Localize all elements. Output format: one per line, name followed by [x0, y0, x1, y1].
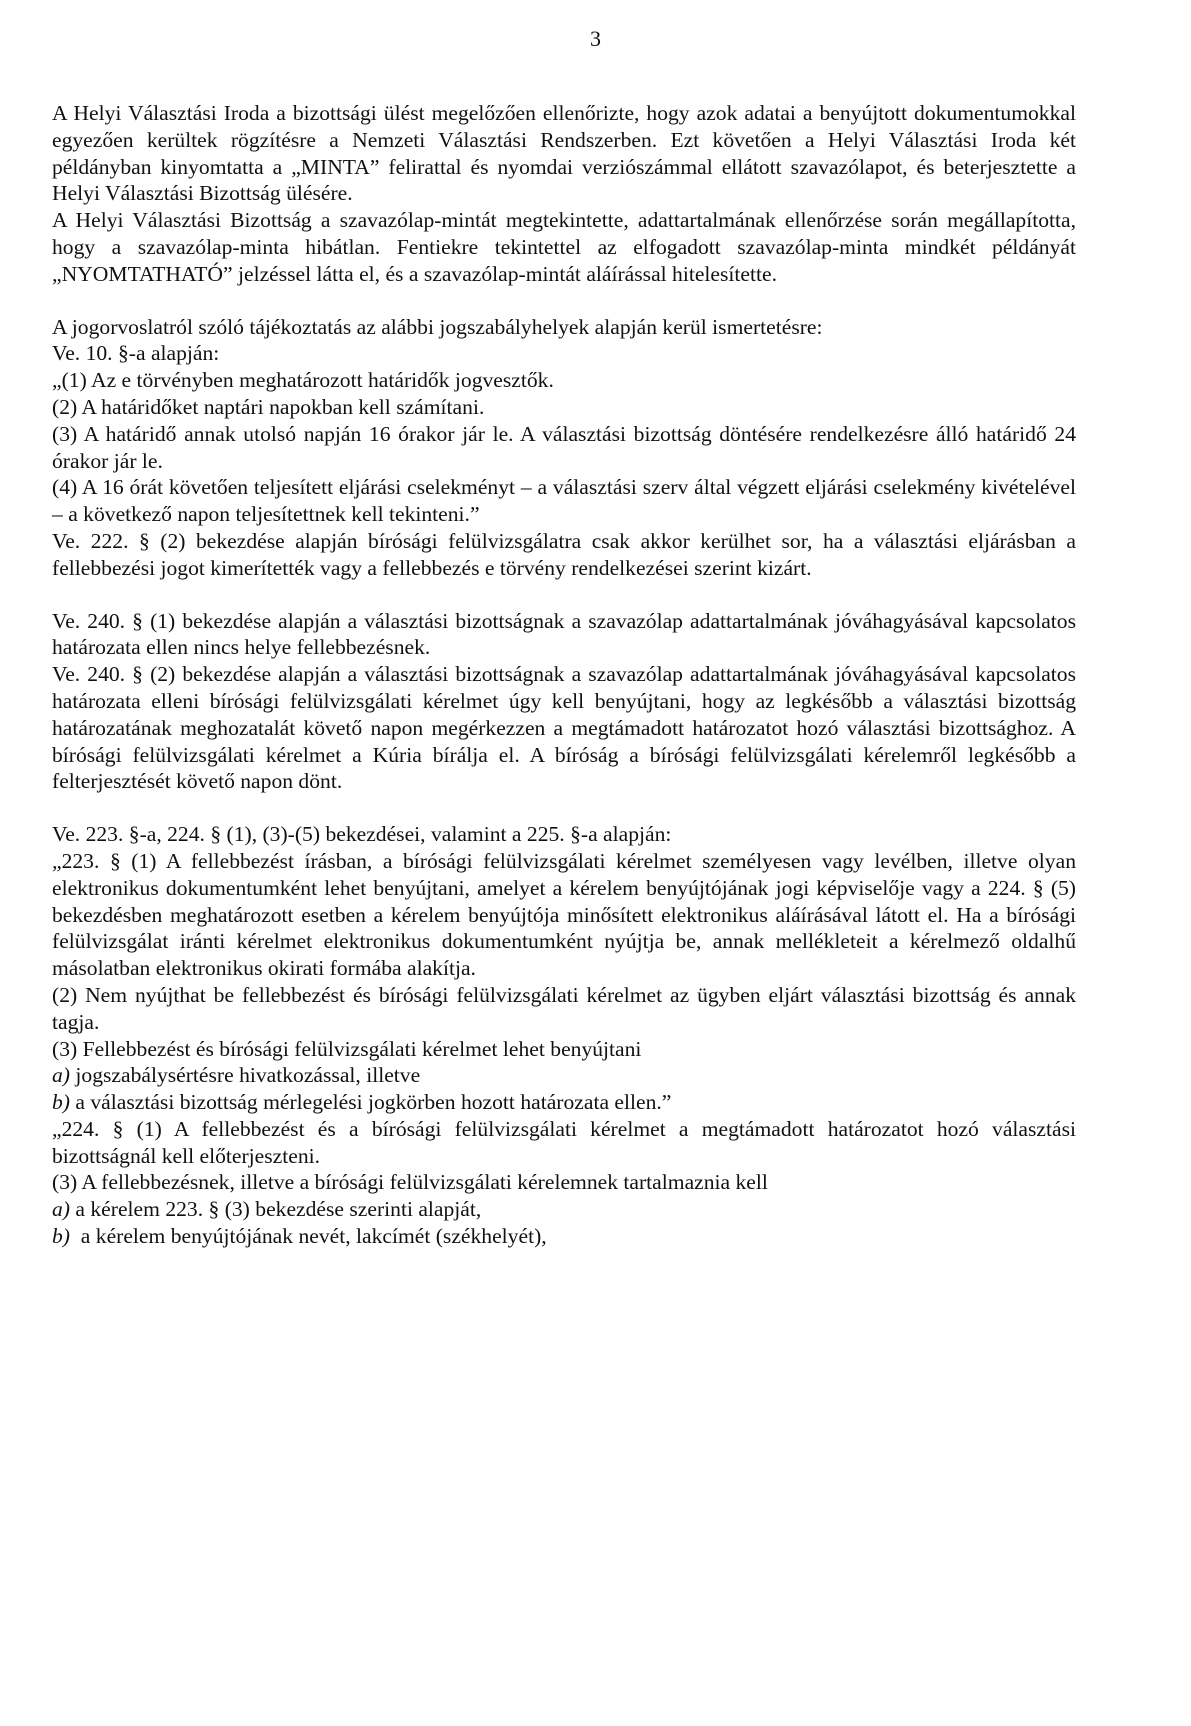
- item-label: a): [52, 1197, 70, 1221]
- item-label: b): [52, 1090, 70, 1114]
- clause-224-3: (3) A fellebbezésnek, illetve a bírósági…: [52, 1169, 1076, 1196]
- clause-223-3-a: a) jogszabálysértésre hivatkozással, ill…: [52, 1062, 1076, 1089]
- item-label: a): [52, 1063, 70, 1087]
- item-text: a választási bizottság mérlegelési jogkö…: [70, 1090, 671, 1114]
- paragraph-remedy-intro: A jogorvoslatról szóló tájékoztatás az a…: [52, 314, 1076, 341]
- clause-10-3: (3) A határidő annak utolsó napján 16 ór…: [52, 421, 1076, 475]
- paragraph-ve-222: Ve. 222. § (2) bekezdése alapján bíróság…: [52, 528, 1076, 582]
- heading-ve-10: Ve. 10. §-a alapján:: [52, 340, 1076, 367]
- clause-10-2: (2) A határidőket naptári napokban kell …: [52, 394, 1076, 421]
- clause-223-3: (3) Fellebbezést és bírósági felülvizsgá…: [52, 1036, 1076, 1063]
- item-label: b): [52, 1224, 70, 1248]
- paragraph-ballot-check: A Helyi Választási Iroda a bizottsági ül…: [52, 100, 1076, 207]
- paragraph-ballot-approval: A Helyi Választási Bizottság a szavazóla…: [52, 207, 1076, 287]
- item-text: a kérelem benyújtójának nevét, lakcímét …: [70, 1224, 547, 1248]
- clause-10-1: „(1) Az e törvényben meghatározott határ…: [52, 367, 1076, 394]
- heading-ve-223-225: Ve. 223. §-a, 224. § (1), (3)-(5) bekezd…: [52, 821, 1076, 848]
- clause-224-3-b: b) a kérelem benyújtójának nevét, lakcím…: [52, 1223, 1076, 1250]
- clause-223-1: „223. § (1) A fellebbezést írásban, a bí…: [52, 848, 1076, 982]
- page-number: 3: [0, 26, 1191, 52]
- paragraph-ve-240-2: Ve. 240. § (2) bekezdése alapján a válas…: [52, 661, 1076, 795]
- clause-223-3-b: b) a választási bizottság mérlegelési jo…: [52, 1089, 1076, 1116]
- item-text: jogszabálysértésre hivatkozással, illetv…: [70, 1063, 420, 1087]
- item-text: a kérelem 223. § (3) bekezdése szerinti …: [70, 1197, 481, 1221]
- document-body: A Helyi Választási Iroda a bizottsági ül…: [52, 100, 1076, 1250]
- clause-223-2: (2) Nem nyújthat be fellebbezést és bíró…: [52, 982, 1076, 1036]
- paragraph-ve-240-1: Ve. 240. § (1) bekezdése alapján a válas…: [52, 608, 1076, 662]
- clause-10-4: (4) A 16 órát követően teljesített eljár…: [52, 474, 1076, 528]
- clause-224-3-a: a) a kérelem 223. § (3) bekezdése szerin…: [52, 1196, 1076, 1223]
- clause-224-1: „224. § (1) A fellebbezést és a bírósági…: [52, 1116, 1076, 1170]
